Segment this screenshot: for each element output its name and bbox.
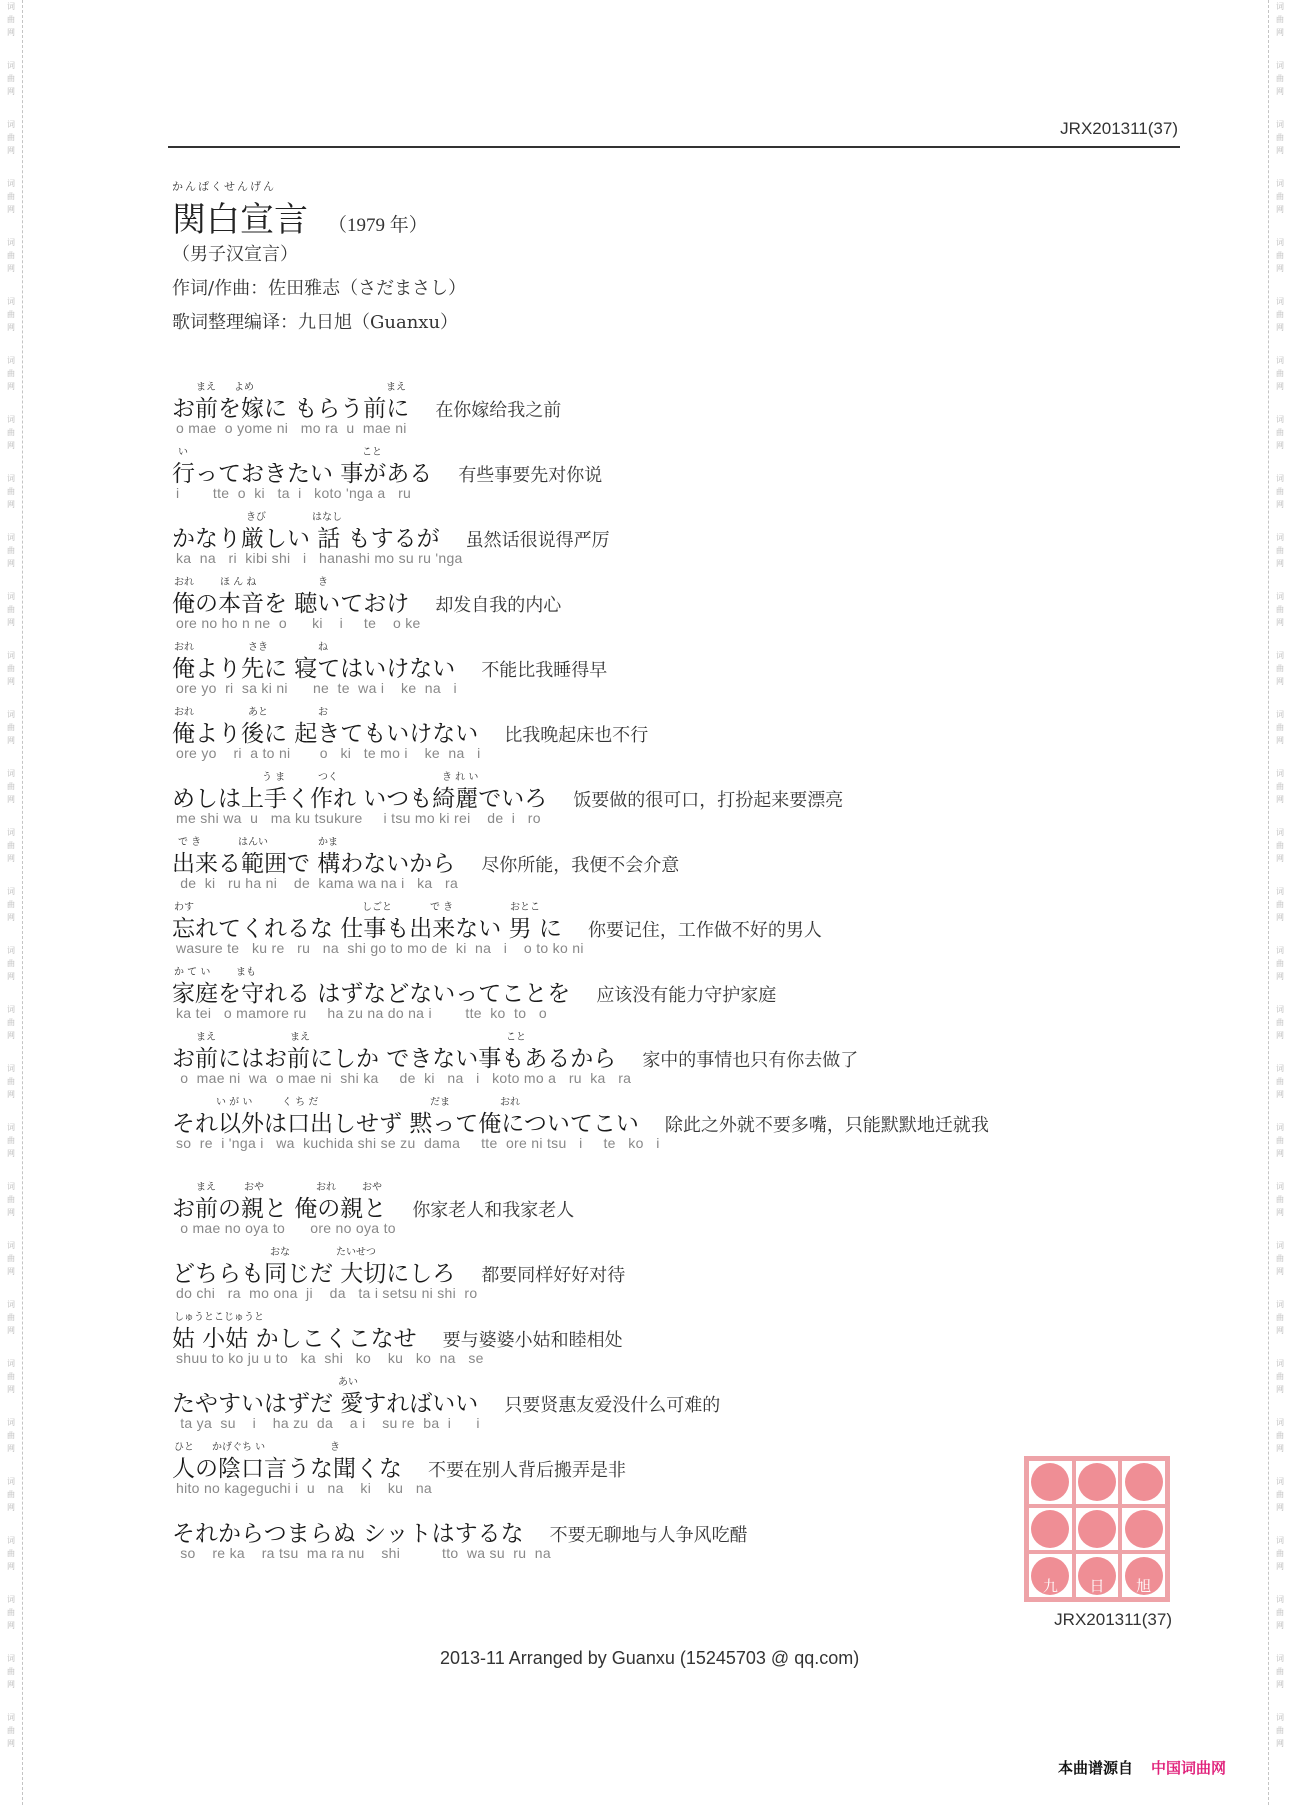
watermark-char: 词 <box>7 767 15 780</box>
watermark-char: 网 <box>7 439 15 452</box>
watermark-char: 词 <box>7 59 15 72</box>
japanese-lyric: かなり厳しい 話 もするが虽然话很说得严厉 <box>172 520 610 553</box>
watermark-char: 网 <box>1276 675 1284 688</box>
song-title: 関白宣言 <box>172 192 308 241</box>
watermark-char: 曲 <box>1276 1488 1284 1501</box>
watermark-char: 网 <box>1276 144 1284 157</box>
japanese-lyric: お前の親と 俺の親と你家老人和我家老人 <box>172 1190 574 1223</box>
doc-code-seal: JRX201311(37) <box>1010 1610 1172 1630</box>
stamp-char: 旭 <box>1136 1575 1151 1596</box>
japanese-text: かなり厳しい 話 もするが <box>172 520 440 553</box>
watermark-char: 词 <box>7 1652 15 1665</box>
chinese-translation: 尽你所能，我便不会介意 <box>481 851 679 877</box>
watermark-char: 词 <box>1276 1180 1284 1193</box>
watermark-char: 网 <box>7 203 15 216</box>
watermark-group: 词曲网 <box>1276 59 1284 98</box>
watermark-char: 曲 <box>7 1075 15 1088</box>
japanese-lyric: たやすいはずだ 愛すればいい只要贤惠友爱没什么可难的 <box>172 1385 720 1418</box>
watermark-char: 网 <box>7 262 15 275</box>
watermark-char: 网 <box>7 1029 15 1042</box>
watermark-char: 曲 <box>7 1193 15 1206</box>
japanese-lyric: それ以外は口出しせず 黙って俺についてこい除此之外就不要多嘴，只能默默地迁就我 <box>172 1105 989 1138</box>
watermark-char: 曲 <box>7 308 15 321</box>
watermark-char: 网 <box>7 970 15 983</box>
stamp-dot-icon <box>1125 1463 1163 1501</box>
watermark-char: 网 <box>7 557 15 570</box>
source-attribution: 本曲谱源自 中国词曲网 <box>1058 1757 1226 1778</box>
watermark-group: 词曲网 <box>1276 354 1284 393</box>
watermark-char: 曲 <box>1276 1429 1284 1442</box>
watermark-char: 曲 <box>1276 898 1284 911</box>
watermark-group: 词曲网 <box>1276 118 1284 157</box>
watermark-char: 曲 <box>7 1252 15 1265</box>
stamp-char: 日 <box>1089 1575 1104 1596</box>
watermark-char: 词 <box>7 1298 15 1311</box>
watermark-char: 曲 <box>1276 1193 1284 1206</box>
romaji-line: ore no ho n ne o ki i te o ke <box>176 615 421 631</box>
romaji-line: so re i 'nga i wa kuchida shi se zu dama… <box>176 1135 660 1151</box>
watermark-char: 网 <box>7 1678 15 1691</box>
watermark-group: 词曲网 <box>1276 177 1284 216</box>
watermark-char: 曲 <box>7 662 15 675</box>
watermark-char: 曲 <box>1276 780 1284 793</box>
watermark-char: 词 <box>1276 354 1284 367</box>
watermark-group: 词曲网 <box>7 767 15 806</box>
japanese-lyric: お前を嫁に もらう前に在你嫁给我之前 <box>172 390 561 423</box>
watermark-char: 网 <box>1276 734 1284 747</box>
watermark-group: 词曲网 <box>1276 1298 1284 1337</box>
watermark-char: 词 <box>7 944 15 957</box>
watermark-char: 曲 <box>7 1665 15 1678</box>
stamp-dot-icon <box>1125 1510 1163 1548</box>
watermark-char: 网 <box>1276 1383 1284 1396</box>
watermark-char: 网 <box>7 1147 15 1160</box>
watermark-group: 词曲网 <box>1276 1239 1284 1278</box>
watermark-char: 曲 <box>1276 957 1284 970</box>
watermark-group: 词曲网 <box>7 944 15 983</box>
title-block: かんぱくせんげん 関白宣言 （1979 年） <box>172 178 428 241</box>
japanese-lyric: 人の陰口言うな聞くな不要在别人背后搬弄是非 <box>172 1450 626 1483</box>
watermark-group: 词曲网 <box>1276 1652 1284 1691</box>
watermark-group: 词曲网 <box>1276 1534 1284 1573</box>
watermark-group: 词曲网 <box>7 59 15 98</box>
watermark-char: 网 <box>1276 616 1284 629</box>
japanese-text: 出来る範囲で 構わないから <box>172 845 455 878</box>
watermark-char: 网 <box>7 1442 15 1455</box>
romaji-line: i tte o ki ta i koto 'nga a ru <box>176 485 411 501</box>
watermark-char: 词 <box>7 1062 15 1075</box>
watermark-char: 曲 <box>1276 603 1284 616</box>
watermark-group: 词曲网 <box>7 177 15 216</box>
doc-code-header: JRX201311(37) <box>900 119 1178 139</box>
watermark-char: 网 <box>7 144 15 157</box>
watermark-char: 词 <box>7 1121 15 1134</box>
watermark-char: 曲 <box>1276 131 1284 144</box>
japanese-lyric: お前にはお前にしか できない事もあるから家中的事情也只有你去做了 <box>172 1040 858 1073</box>
stamp-cell: 日 <box>1074 1552 1121 1599</box>
watermark-char: 词 <box>7 708 15 721</box>
watermark-char: 曲 <box>1276 190 1284 203</box>
watermark-char: 曲 <box>1276 485 1284 498</box>
watermark-group: 词曲网 <box>1276 885 1284 924</box>
watermark-char: 曲 <box>1276 426 1284 439</box>
watermark-group: 词曲网 <box>7 1239 15 1278</box>
watermark-char: 词 <box>7 354 15 367</box>
watermark-char: 网 <box>7 1265 15 1278</box>
watermark-strip-right: 词曲网词曲网词曲网词曲网词曲网词曲网词曲网词曲网词曲网词曲网词曲网词曲网词曲网词… <box>1268 0 1291 1805</box>
watermark-char: 词 <box>1276 885 1284 898</box>
romaji-line: ka tei o mamore ru ha zu na do na i tte … <box>176 1005 547 1021</box>
watermark-char: 曲 <box>7 367 15 380</box>
watermark-char: 网 <box>7 734 15 747</box>
watermark-group: 词曲网 <box>1276 944 1284 983</box>
watermark-char: 词 <box>1276 1534 1284 1547</box>
chinese-translation: 有些事要先对你说 <box>458 461 602 487</box>
watermark-char: 词 <box>7 885 15 898</box>
source-site-link[interactable]: 中国词曲网 <box>1151 1757 1226 1778</box>
watermark-char: 网 <box>1276 262 1284 275</box>
watermark-char: 网 <box>1276 1737 1284 1750</box>
stamp-dot-icon <box>1078 1463 1116 1501</box>
watermark-char: 网 <box>7 1206 15 1219</box>
watermark-char: 词 <box>1276 944 1284 957</box>
watermark-group: 词曲网 <box>7 295 15 334</box>
watermark-group: 词曲网 <box>1276 531 1284 570</box>
watermark-char: 网 <box>1276 498 1284 511</box>
watermark-char: 曲 <box>7 72 15 85</box>
watermark-group: 词曲网 <box>1276 1003 1284 1042</box>
watermark-group: 词曲网 <box>7 1003 15 1042</box>
chinese-translation: 除此之外就不要多嘴，只能默默地迁就我 <box>665 1111 989 1137</box>
watermark-group: 词曲网 <box>7 708 15 747</box>
romaji-line: o mae o yome ni mo ra u mae ni <box>176 420 407 436</box>
japanese-text: それからつまらぬ シットはするな <box>172 1515 524 1548</box>
header-rule <box>168 146 1180 148</box>
watermark-group: 词曲网 <box>7 531 15 570</box>
watermark-char: 词 <box>1276 1475 1284 1488</box>
romaji-line: ka na ri kibi shi i hanashi mo su ru 'ng… <box>176 550 463 566</box>
watermark-char: 词 <box>1276 767 1284 780</box>
watermark-char: 词 <box>1276 531 1284 544</box>
watermark-group: 词曲网 <box>1276 236 1284 275</box>
romaji-line: ore yo ri a to ni o ki te mo i ke na i <box>176 745 481 761</box>
watermark-group: 词曲网 <box>7 1121 15 1160</box>
watermark-group: 词曲网 <box>1276 472 1284 511</box>
watermark-char: 网 <box>7 380 15 393</box>
japanese-text: 家庭を守れる はずなどないってことを <box>172 975 570 1008</box>
watermark-char: 曲 <box>1276 249 1284 262</box>
watermark-char: 词 <box>7 236 15 249</box>
watermark-char: 曲 <box>1276 1370 1284 1383</box>
watermark-char: 曲 <box>1276 1311 1284 1324</box>
watermark-group: 词曲网 <box>7 1416 15 1455</box>
watermark-char: 词 <box>1276 1416 1284 1429</box>
japanese-text: 人の陰口言うな聞くな <box>172 1450 402 1483</box>
watermark-char: 曲 <box>7 603 15 616</box>
watermark-char: 词 <box>1276 1593 1284 1606</box>
watermark-char: 词 <box>1276 1003 1284 1016</box>
watermark-char: 词 <box>7 531 15 544</box>
japanese-lyric: 出来る範囲で 構わないから尽你所能，我便不会介意 <box>172 845 679 878</box>
watermark-char: 曲 <box>1276 721 1284 734</box>
watermark-char: 词 <box>1276 1711 1284 1724</box>
japanese-text: めしは上手く作れ いつも綺麗でいろ <box>172 780 547 813</box>
watermark-char: 词 <box>7 1475 15 1488</box>
watermark-char: 词 <box>7 649 15 662</box>
watermark-char: 曲 <box>1276 1724 1284 1737</box>
chinese-translation: 只要贤惠友爱没什么可难的 <box>504 1391 720 1417</box>
watermark-char: 网 <box>1276 852 1284 865</box>
watermark-char: 词 <box>7 472 15 485</box>
watermark-char: 词 <box>1276 295 1284 308</box>
watermark-char: 网 <box>1276 970 1284 983</box>
watermark-char: 网 <box>1276 1029 1284 1042</box>
watermark-strip-left: 词曲网词曲网词曲网词曲网词曲网词曲网词曲网词曲网词曲网词曲网词曲网词曲网词曲网词… <box>0 0 23 1805</box>
watermark-char: 词 <box>7 1180 15 1193</box>
watermark-group: 词曲网 <box>1276 767 1284 806</box>
watermark-char: 网 <box>7 616 15 629</box>
chinese-translation: 却发自我的内心 <box>435 591 561 617</box>
watermark-group: 词曲网 <box>7 1062 15 1101</box>
watermark-char: 曲 <box>7 1547 15 1560</box>
chinese-translation: 你要记住，工作做不好的男人 <box>588 916 822 942</box>
watermark-group: 词曲网 <box>1276 649 1284 688</box>
chinese-translation: 不能比我睡得早 <box>481 656 607 682</box>
stamp-cell <box>1074 1506 1121 1553</box>
watermark-group: 词曲网 <box>1276 1593 1284 1632</box>
romaji-line: shuu to ko ju u to ka shi ko ku ko na se <box>176 1350 484 1366</box>
watermark-group: 词曲网 <box>7 1357 15 1396</box>
watermark-group: 词曲网 <box>1276 826 1284 865</box>
chinese-translation: 要与婆婆小姑和睦相处 <box>443 1326 623 1352</box>
seal-stamp: 九日旭 <box>1024 1456 1170 1602</box>
watermark-char: 词 <box>7 590 15 603</box>
watermark-char: 曲 <box>7 721 15 734</box>
watermark-group: 词曲网 <box>7 1534 15 1573</box>
watermark-char: 词 <box>7 1416 15 1429</box>
watermark-char: 词 <box>1276 826 1284 839</box>
watermark-group: 词曲网 <box>1276 1121 1284 1160</box>
watermark-char: 曲 <box>7 544 15 557</box>
watermark-char: 曲 <box>7 249 15 262</box>
watermark-group: 词曲网 <box>7 236 15 275</box>
watermark-char: 网 <box>1276 1560 1284 1573</box>
japanese-text: それ以外は口出しせず 黙って俺についてこい <box>172 1105 639 1138</box>
watermark-char: 词 <box>7 118 15 131</box>
chinese-translation: 家中的事情也只有你去做了 <box>642 1046 858 1072</box>
watermark-char: 曲 <box>7 1370 15 1383</box>
watermark-char: 曲 <box>1276 1016 1284 1029</box>
watermark-char: 词 <box>7 1593 15 1606</box>
japanese-lyric: どちらも同じだ 大切にしろ都要同样好好对待 <box>172 1255 625 1288</box>
watermark-char: 词 <box>1276 708 1284 721</box>
watermark-char: 词 <box>1276 1357 1284 1370</box>
stamp-cell <box>1120 1459 1167 1506</box>
watermark-group: 词曲网 <box>1276 1416 1284 1455</box>
watermark-char: 网 <box>1276 321 1284 334</box>
watermark-char: 曲 <box>1276 1547 1284 1560</box>
watermark-char: 网 <box>1276 26 1284 39</box>
watermark-char: 词 <box>7 295 15 308</box>
japanese-lyric: 家庭を守れる はずなどないってことを应该没有能力守护家庭 <box>172 975 776 1008</box>
watermark-char: 词 <box>1276 118 1284 131</box>
watermark-group: 词曲网 <box>1276 1062 1284 1101</box>
watermark-char: 网 <box>1276 1324 1284 1337</box>
watermark-group: 词曲网 <box>1276 1475 1284 1514</box>
watermark-char: 网 <box>7 85 15 98</box>
watermark-group: 词曲网 <box>1276 1180 1284 1219</box>
stamp-dot-icon <box>1078 1510 1116 1548</box>
watermark-char: 词 <box>1276 1239 1284 1252</box>
japanese-text: 俺より先に 寝てはいけない <box>172 650 455 683</box>
watermark-char: 网 <box>1276 1206 1284 1219</box>
watermark-char: 曲 <box>1276 13 1284 26</box>
japanese-text: 姑 小姑 かしこくこなせ <box>172 1320 417 1353</box>
watermark-char: 曲 <box>7 898 15 911</box>
watermark-char: 词 <box>1276 236 1284 249</box>
chinese-translation: 在你嫁给我之前 <box>435 396 561 422</box>
watermark-char: 网 <box>7 1383 15 1396</box>
watermark-group: 词曲网 <box>7 472 15 511</box>
watermark-char: 词 <box>7 826 15 839</box>
watermark-char: 网 <box>7 26 15 39</box>
watermark-char: 词 <box>7 177 15 190</box>
song-year: （1979 年） <box>328 210 428 237</box>
watermark-group: 词曲网 <box>7 118 15 157</box>
watermark-char: 曲 <box>7 485 15 498</box>
chinese-translation: 比我晚起床也不行 <box>504 721 648 747</box>
watermark-group: 词曲网 <box>7 649 15 688</box>
watermark-char: 网 <box>1276 203 1284 216</box>
japanese-text: 俺より後に 起きてもいけない <box>172 715 478 748</box>
watermark-char: 曲 <box>7 1488 15 1501</box>
arranger-line: 歌词整理编译：九日旭（Guanxu） <box>172 308 458 334</box>
chinese-translation: 应该没有能力守护家庭 <box>596 981 776 1007</box>
watermark-char: 词 <box>7 1003 15 1016</box>
watermark-char: 曲 <box>1276 1252 1284 1265</box>
watermark-char: 网 <box>7 498 15 511</box>
watermark-char: 词 <box>1276 649 1284 662</box>
romaji-line: do chi ra mo ona ji da ta i setsu ni shi… <box>176 1285 477 1301</box>
source-label: 本曲谱源自 <box>1058 1757 1133 1778</box>
watermark-char: 网 <box>1276 85 1284 98</box>
watermark-char: 网 <box>1276 793 1284 806</box>
watermark-char: 曲 <box>1276 1075 1284 1088</box>
watermark-group: 词曲网 <box>1276 1711 1284 1750</box>
watermark-char: 曲 <box>7 13 15 26</box>
watermark-char: 曲 <box>1276 1606 1284 1619</box>
stamp-cell <box>1120 1506 1167 1553</box>
watermark-char: 词 <box>7 1534 15 1547</box>
watermark-group: 词曲网 <box>7 354 15 393</box>
watermark-char: 曲 <box>7 1724 15 1737</box>
watermark-char: 词 <box>7 1711 15 1724</box>
chinese-translation: 虽然话很说得严厉 <box>466 526 610 552</box>
romaji-line: ta ya su i ha zu da a i su re ba i i <box>176 1415 480 1431</box>
japanese-text: どちらも同じだ 大切にしろ <box>172 1255 455 1288</box>
japanese-lyric: めしは上手く作れ いつも綺麗でいろ饭要做的很可口，打扮起来要漂亮 <box>172 780 843 813</box>
japanese-text: お前の親と 俺の親と <box>172 1190 386 1223</box>
japanese-text: 忘れてくれるな 仕事も出来ない 男 に <box>172 910 562 943</box>
watermark-char: 曲 <box>1276 72 1284 85</box>
watermark-char: 网 <box>1276 1678 1284 1691</box>
arranged-by-credit: 2013-11 Arranged by Guanxu (15245703 @ q… <box>440 1648 859 1669</box>
watermark-group: 词曲网 <box>7 1711 15 1750</box>
watermark-char: 词 <box>1276 472 1284 485</box>
watermark-char: 词 <box>1276 1298 1284 1311</box>
watermark-char: 曲 <box>7 190 15 203</box>
watermark-group: 词曲网 <box>7 413 15 452</box>
watermark-char: 曲 <box>1276 839 1284 852</box>
watermark-char: 词 <box>7 1357 15 1370</box>
watermark-char: 网 <box>7 793 15 806</box>
watermark-char: 词 <box>7 1239 15 1252</box>
romaji-line: hito no kageguchi i u na ki ku na <box>176 1480 432 1496</box>
watermark-char: 词 <box>7 413 15 426</box>
watermark-char: 网 <box>1276 1265 1284 1278</box>
watermark-char: 曲 <box>7 839 15 852</box>
watermark-group: 词曲网 <box>7 1180 15 1219</box>
japanese-lyric: 行っておきたい 事がある有些事要先对你说 <box>172 455 602 488</box>
romaji-line: ore yo ri sa ki ni ne te wa i ke na i <box>176 680 457 696</box>
watermark-char: 网 <box>7 321 15 334</box>
stamp-cell: 旭 <box>1120 1552 1167 1599</box>
watermark-char: 词 <box>1276 590 1284 603</box>
watermark-char: 网 <box>1276 1147 1284 1160</box>
watermark-char: 网 <box>1276 380 1284 393</box>
watermark-char: 网 <box>7 1737 15 1750</box>
japanese-lyric: 姑 小姑 かしこくこなせ要与婆婆小姑和睦相处 <box>172 1320 623 1353</box>
watermark-char: 词 <box>1276 0 1284 13</box>
watermark-char: 曲 <box>1276 367 1284 380</box>
chinese-translation: 不要无聊地与人争风吃醋 <box>550 1521 748 1547</box>
watermark-char: 网 <box>7 1088 15 1101</box>
watermark-group: 词曲网 <box>7 590 15 629</box>
watermark-char: 网 <box>7 1619 15 1632</box>
watermark-char: 词 <box>1276 1121 1284 1134</box>
stamp-cell <box>1074 1459 1121 1506</box>
romaji-line: o mae no oya to ore no oya to <box>176 1220 396 1236</box>
watermark-char: 网 <box>1276 1088 1284 1101</box>
watermark-char: 曲 <box>7 780 15 793</box>
watermark-char: 网 <box>7 1324 15 1337</box>
watermark-char: 词 <box>7 0 15 13</box>
romaji-line: o mae ni wa o mae ni shi ka de ki na i k… <box>176 1070 631 1086</box>
watermark-group: 词曲网 <box>1276 1357 1284 1396</box>
watermark-char: 曲 <box>1276 308 1284 321</box>
watermark-char: 词 <box>1276 1652 1284 1665</box>
stamp-dot-icon <box>1031 1463 1069 1501</box>
japanese-lyric: 俺の本音を 聴いておけ却发自我的内心 <box>172 585 561 618</box>
watermark-char: 词 <box>1276 1062 1284 1075</box>
stamp-cell: 九 <box>1027 1552 1074 1599</box>
watermark-char: 网 <box>7 1501 15 1514</box>
watermark-char: 网 <box>1276 557 1284 570</box>
japanese-lyric: それからつまらぬ シットはするな不要无聊地与人争风吃醋 <box>172 1515 748 1548</box>
watermark-char: 网 <box>7 852 15 865</box>
watermark-group: 词曲网 <box>1276 295 1284 334</box>
chinese-translation: 你家老人和我家老人 <box>412 1196 574 1222</box>
watermark-group: 词曲网 <box>7 1298 15 1337</box>
japanese-text: お前にはお前にしか できない事もあるから <box>172 1040 616 1073</box>
watermark-char: 曲 <box>7 1311 15 1324</box>
watermark-char: 曲 <box>7 1134 15 1147</box>
romaji-line: me shi wa u ma ku tsukure i tsu mo ki re… <box>176 810 541 826</box>
stamp-char: 九 <box>1043 1575 1058 1596</box>
watermark-char: 曲 <box>7 957 15 970</box>
watermark-char: 网 <box>1276 1619 1284 1632</box>
watermark-group: 词曲网 <box>1276 413 1284 452</box>
